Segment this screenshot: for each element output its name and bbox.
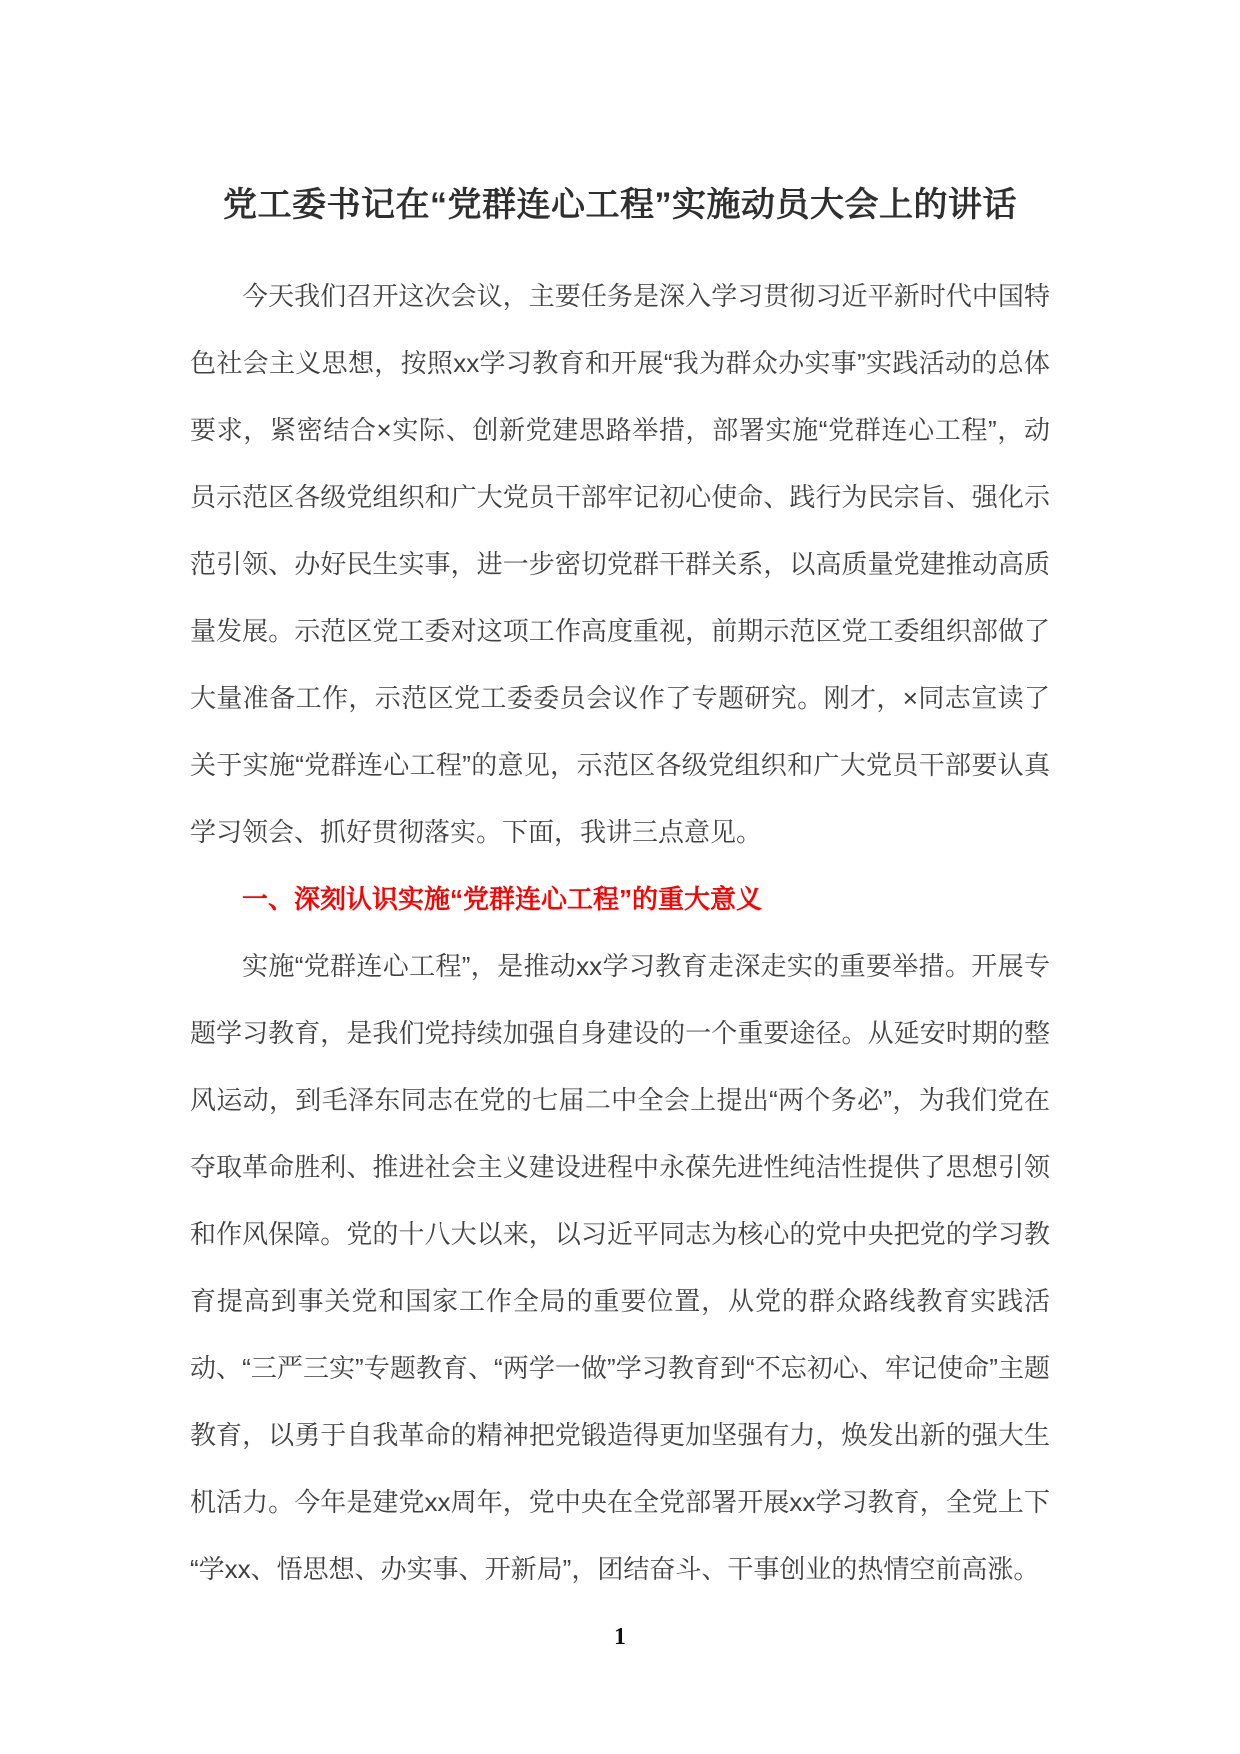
section-heading-1: 一、深刻认识实施“党群连心工程”的重大意义 bbox=[190, 866, 1050, 933]
paragraph-opening: 今天我们召开这次会议，主要任务是深入学习贯彻习近平新时代中国特色社会主义思想，按… bbox=[190, 263, 1050, 866]
document-content: 党工委书记在“党群连心工程”实施动员大会上的讲话 今天我们召开这次会议，主要任务… bbox=[190, 0, 1050, 1603]
document-title: 党工委书记在“党群连心工程”实施动员大会上的讲话 bbox=[190, 183, 1050, 227]
paragraph-section-1: 实施“党群连心工程”，是推动xx学习教育走深走实的重要举措。开展专题学习教育，是… bbox=[190, 933, 1050, 1603]
document-page: 党工委书记在“党群连心工程”实施动员大会上的讲话 今天我们召开这次会议，主要任务… bbox=[0, 0, 1240, 1754]
page-number: 1 bbox=[0, 1624, 1240, 1651]
